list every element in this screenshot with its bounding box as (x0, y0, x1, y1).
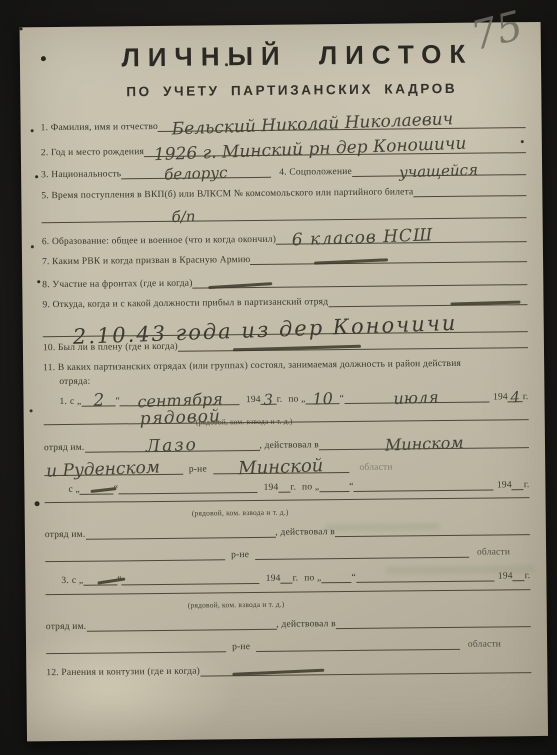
to-month-handwritten: июля (394, 389, 440, 407)
day-line: 10 (305, 391, 339, 404)
to-prefix: по „ (298, 573, 321, 583)
write-in-line: 2.10.43 года из дер Коночичи (43, 317, 528, 337)
position-hint-label: (рядовой, ком. взвода и т. д.) (196, 417, 293, 427)
field-row-7: 7. Каким РВК и когда призван в Красную А… (42, 252, 527, 267)
to-year-handwritten: 4 (510, 390, 520, 405)
position-line (45, 497, 530, 503)
position-line (46, 589, 531, 595)
write-in-line (413, 195, 526, 197)
unit-line (86, 629, 276, 632)
from-year-handwritten: 3 (264, 393, 274, 408)
year-digit-line (512, 489, 524, 490)
field-label-4: 4. Соцположение (271, 167, 352, 178)
region-handwritten: Минской (238, 457, 324, 478)
field-label-5: 5. Время поступления в ВКП(б) или ВЛКСМ … (41, 187, 413, 201)
field-label-11: 11. В каких партизанских отрядах (или гр… (43, 356, 528, 390)
day-line (83, 584, 117, 585)
entry1-dates-row: 1. с „ 2 “ сентября 194 3 г. по „ 10 “ и… (59, 388, 528, 407)
unit-line (85, 537, 275, 540)
field-label-6: 6. Образование: общее и военное (что и к… (42, 235, 276, 247)
year-prefix: 194 (260, 574, 281, 584)
year-prefix: 194 (257, 483, 278, 493)
district-line: и Руденском (44, 461, 183, 476)
entry3-district-row: р-не области (46, 639, 531, 654)
district-line (45, 559, 225, 562)
oblast-label: области (469, 547, 530, 558)
month-line (118, 492, 257, 494)
month-line (356, 580, 494, 582)
district-suffix-label: р-не (183, 464, 213, 474)
unit-label: отряд им. (46, 622, 87, 632)
unit-label: отряд им. (45, 530, 86, 540)
day-line (80, 493, 114, 494)
acted-in2-handwritten: и Руденском (46, 459, 160, 480)
year-digit-line: 4 (508, 390, 523, 402)
field-label-7: 7. Каким РВК и когда призван в Красную А… (42, 255, 250, 267)
write-in-line: б/п (42, 206, 527, 223)
field-label-8: 8. Участие на фронтах (где и когда) (42, 279, 192, 291)
region-line (255, 557, 469, 560)
to-prefix: по „ (296, 482, 319, 492)
write-in-line: учащейся (352, 163, 526, 177)
year-digit-line (513, 580, 525, 581)
birth-value-handwritten: 1926 г. Минский рн дер Коношичи (154, 136, 467, 164)
title-block: ЛИЧНЫЙ ЛИСТОК (20, 38, 541, 74)
entry3-position-hint: (рядовой, ком. взвода и т. д.) (86, 599, 387, 611)
subtitle-block: ПО УЧЕТУ ПАРТИЗАНСКИХ КАДРОВ (20, 80, 541, 100)
entry1-position-hint: (рядовой, ком. взвода и т. д.) (94, 416, 395, 428)
document-paper: ЛИЧНЫЙ ЛИСТОК 75 ПО УЧЕТУ ПАРТИЗАНСКИХ К… (20, 22, 548, 741)
month-line: июля (344, 390, 489, 405)
field-label-1: 1. Фамилия, имя и отчество (41, 122, 158, 133)
page-title: ЛИЧНЫЙ ЛИСТОК (54, 38, 541, 74)
open-quote: с „ (67, 397, 82, 407)
entry3-unit-row: отряд им. , действовал в (46, 617, 531, 632)
acted-label: , действовал в (276, 619, 336, 630)
year-digit-line (278, 492, 290, 493)
field-label-11b: отряда: (43, 377, 90, 387)
month-line: сентября (120, 392, 240, 406)
name-value-handwritten: Бельский Николай Николаевич (172, 111, 454, 138)
field-label-2: 2. Год и место рождения (41, 147, 144, 158)
document-subtitle: ПО УЧЕТУ ПАРТИЗАНСКИХ КАДРОВ (42, 80, 541, 100)
acted-line (335, 534, 530, 537)
party-value-handwritten: б/п (171, 209, 195, 225)
oblast-label: области (460, 639, 531, 650)
open-quote: с „ (68, 485, 80, 495)
field-row-5: 5. Время поступления в ВКП(б) или ВЛКСМ … (41, 186, 526, 201)
write-in-line (178, 347, 528, 352)
field-row-6: 6. Образование: общее и военное (что и к… (42, 228, 527, 247)
scan-background: { "page_number": "75", "title": "ЛИЧНЫЙ … (0, 0, 557, 755)
field-row-5b: б/п (42, 206, 527, 223)
field-label-3: 3. Национальность (41, 169, 121, 180)
unit-handwritten: Лазо (146, 437, 198, 456)
entry2-dates-row: с „ “ 194 г. по „ “ 194 г. (68, 480, 529, 495)
entry2-position-hint: (рядовой, ком. взвода и т. д.) (85, 507, 396, 519)
bleed-through-smudge (325, 523, 440, 531)
year-prefix: 194 (240, 395, 261, 405)
district-suffix-label: р-не (225, 550, 255, 560)
month-line (354, 489, 493, 491)
entry2-unit-row: отряд им. , действовал в (45, 525, 530, 540)
entry-number: 1. (59, 397, 67, 407)
region-line: Минской (213, 458, 350, 474)
to-prefix: по „ (282, 394, 305, 404)
field-label-11a: 11. В каких партизанских отрядах (или гр… (43, 359, 461, 373)
district-suffix-label: р-не (226, 642, 256, 652)
oblast-label: области (349, 463, 392, 473)
write-in-line (250, 261, 527, 265)
acted-label: , действовал в (259, 440, 319, 451)
year-prefix: 194 (489, 392, 508, 402)
region-line (256, 649, 460, 652)
year-suffix: г. (524, 480, 530, 490)
day-line (322, 582, 352, 583)
day-line: 2 (81, 392, 115, 406)
position-hint-label: (рядовой, ком. взвода и т. д.) (192, 508, 289, 518)
entry1-district-row: и Руденском р-не Минской области (44, 456, 529, 476)
acted-line: Минском (319, 435, 529, 450)
field-row-3-4: 3. Национальность белорус 4. Соцположени… (41, 163, 526, 180)
district-line (46, 651, 226, 654)
write-in-line: белорус (121, 166, 271, 180)
open-quote: с „ (69, 576, 84, 586)
education-value-handwritten: 6 класов НСШ (292, 227, 434, 249)
year-digit-line (281, 583, 293, 584)
acted-line (336, 626, 531, 629)
unit-label: отряд им. (44, 443, 85, 453)
entry2-district-row: р-не области (45, 547, 530, 562)
entry2-position-row (45, 497, 530, 503)
nationality-value-handwritten: белорус (164, 165, 228, 182)
to-day-handwritten: 10 (312, 391, 333, 408)
write-in-line: 6 класов НСШ (276, 228, 527, 245)
entry1-unit-row: отряд им. Лазо , действовал в Минском (44, 434, 529, 453)
field-row-8: 8. Участие на фронтах (где и когда) (42, 275, 527, 290)
year-suffix: г. (523, 392, 529, 402)
position-hint-label: (рядовой, ком. взвода и т. д.) (188, 600, 285, 610)
acted-in-handwritten: Минском (384, 435, 463, 454)
month-line (122, 583, 260, 585)
social-value-handwritten: учащейся (399, 163, 478, 181)
write-in-line: Бельский Николай Николаевич (158, 114, 526, 132)
year-digit-line: 3 (261, 393, 277, 405)
entry3-position-row (46, 589, 531, 595)
day-line (319, 491, 349, 492)
from-day-handwritten: 2 (93, 392, 104, 409)
unit-line: Лазо (84, 437, 259, 453)
field-row-9b: 2.10.43 года из дер Коночичи (43, 302, 528, 337)
field-label-12: 12. Ранения и контузии (где и когда) (46, 667, 200, 679)
entry-number: 3. (61, 576, 69, 586)
field-row-2: 2. Год и место рождения 1926 г. Минский … (41, 139, 526, 158)
field-row-1: 1. Фамилия, имя и отчество Бельский Нико… (41, 114, 526, 133)
year-prefix: 194 (493, 480, 512, 490)
field-label-10: 10. Был ли в плену (где и когда) (43, 342, 178, 353)
write-in-line: 1926 г. Минский рн дер Коношичи (144, 139, 526, 157)
paper-specks (20, 27, 23, 30)
bleed-through-smudge (385, 565, 535, 575)
